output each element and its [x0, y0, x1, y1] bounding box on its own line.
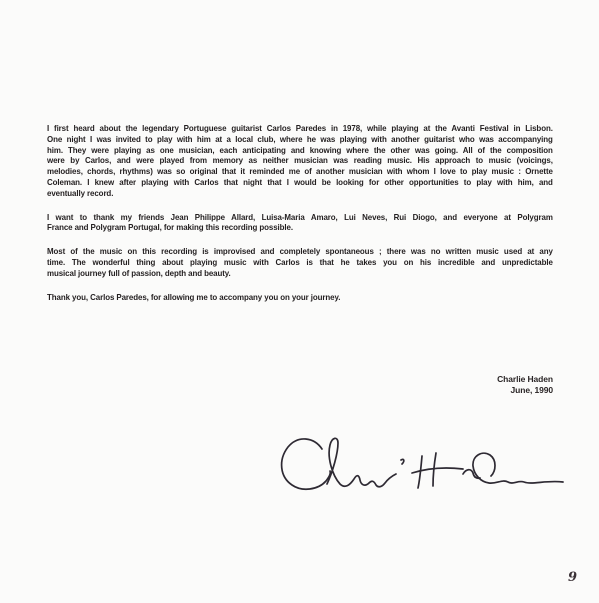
text-line: One night I was invited to play with him… [47, 134, 553, 145]
paragraph: I want to thank my friends Jean Philippe… [47, 212, 553, 234]
signoff-name: Charlie Haden [497, 374, 553, 385]
text-line: melodies, chords, rhythms) was so origin… [47, 166, 553, 177]
text-line: Thank you, Carlos Paredes, for allowing … [47, 292, 553, 303]
text-line: France and Polygram Portugal, for making… [47, 222, 553, 233]
text-line: him. They were playing as one musician, … [47, 145, 553, 156]
text-line: I want to thank my friends Jean Philippe… [47, 212, 553, 223]
booklet-page: I first heard about the legendary Portug… [0, 0, 599, 603]
text-line: were by Carlos, and were played from mem… [47, 155, 553, 166]
text-line: eventually record. [47, 188, 553, 199]
text-line: I first heard about the legendary Portug… [47, 123, 553, 134]
paragraph: Thank you, Carlos Paredes, for allowing … [47, 292, 553, 303]
text-line: musical journey full of passion, depth a… [47, 268, 553, 279]
text-line: time. The wonderful thing about playing … [47, 257, 553, 268]
paragraph: I first heard about the legendary Portug… [47, 123, 553, 199]
signature-icon [270, 427, 566, 511]
text-line: Coleman. I knew after playing with Carlo… [47, 177, 553, 188]
signoff-date: June, 1990 [497, 385, 553, 396]
text-line: Most of the music on this recording is i… [47, 246, 553, 257]
signoff: Charlie Haden June, 1990 [497, 374, 553, 396]
paragraph: Most of the music on this recording is i… [47, 246, 553, 278]
liner-notes-text: I first heard about the legendary Portug… [47, 123, 553, 315]
page-number: 9 [568, 570, 577, 585]
